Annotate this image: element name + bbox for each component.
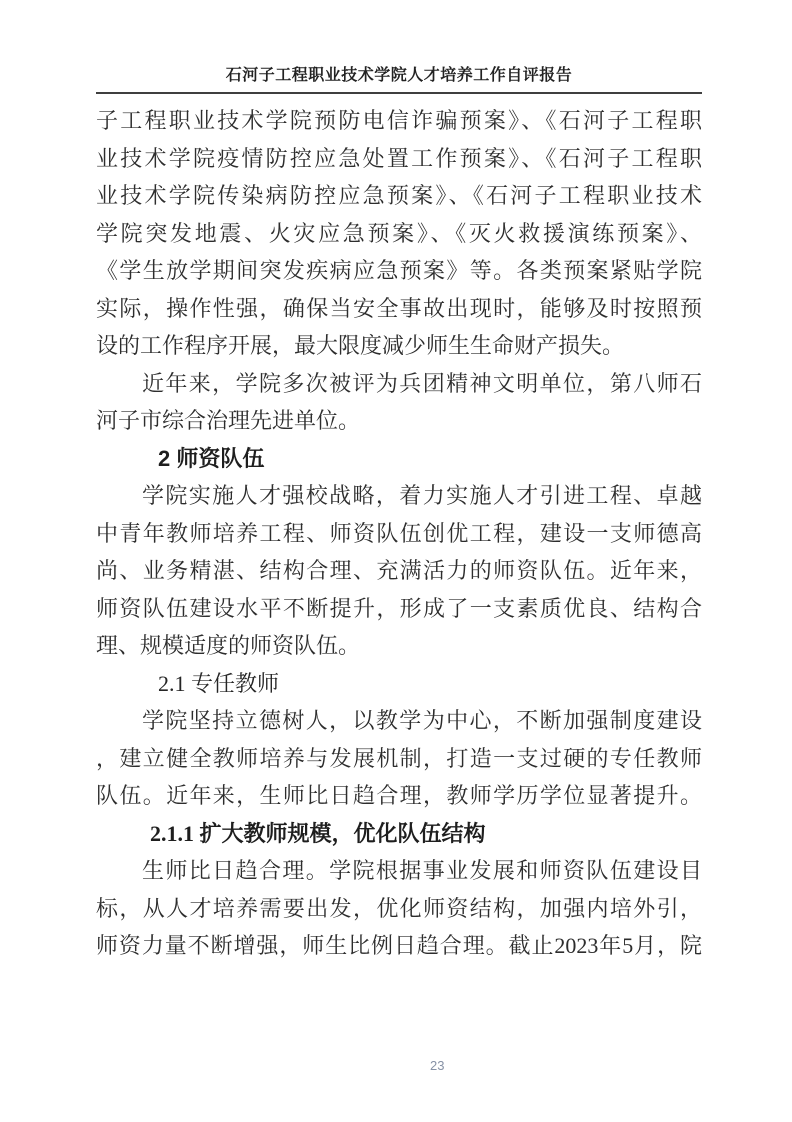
body-line: 子工程职业技术学院预防电信诈骗预案》、《石河子工程职	[96, 102, 702, 140]
page-header-title: 石河子工程职业技术学院人才培养工作自评报告	[96, 62, 702, 85]
document-body: 子工程职业技术学院预防电信诈骗预案》、《石河子工程职业技术学院疫情防控应急处置工…	[96, 102, 702, 965]
body-line: 师资队伍建设水平不断提升，形成了一支素质优良、结构合	[96, 590, 702, 628]
body-line: 队伍。近年来，生师比日趋合理，教师学历学位显著提升。	[96, 777, 702, 815]
body-line: 近年来，学院多次被评为兵团精神文明单位，第八师石	[96, 365, 702, 403]
body-line: 标，从人才培养需要出发，优化师资结构，加强内培外引，	[96, 890, 702, 928]
body-line: 理、规模适度的师资队伍。	[96, 627, 702, 665]
body-line: 学院突发地震、火灾应急预案》、《灭火救援演练预案》、	[96, 215, 702, 253]
body-line: 学院坚持立德树人，以教学为中心，不断加强制度建设	[96, 702, 702, 740]
body-line: 实际，操作性强，确保当安全事故出现时，能够及时按照预	[96, 290, 702, 328]
body-line: 河子市综合治理先进单位。	[96, 402, 702, 440]
page-number: 23	[430, 1058, 444, 1073]
section-heading-2-1-1: 2.1.1 扩大教师规模，优化队伍结构	[96, 815, 702, 853]
body-line: 业技术学院疫情防控应急处置工作预案》、《石河子工程职	[96, 140, 702, 178]
body-line: 学院实施人才强校战略，着力实施人才引进工程、卓越	[96, 477, 702, 515]
body-line: 生师比日趋合理。学院根据事业发展和师资队伍建设目	[96, 852, 702, 890]
body-line: 设的工作程序开展，最大限度减少师生生命财产损失。	[96, 327, 702, 365]
body-line: 《学生放学期间突发疾病应急预案》等。各类预案紧贴学院	[96, 252, 702, 290]
body-line: ，建立健全教师培养与发展机制，打造一支过硬的专任教师	[96, 740, 702, 778]
document-page: 石河子工程职业技术学院人才培养工作自评报告 子工程职业技术学院预防电信诈骗预案》…	[0, 0, 792, 1122]
section-heading-2: 2 师资队伍	[96, 440, 702, 478]
header-rule	[96, 92, 702, 94]
body-line: 中青年教师培养工程、师资队伍创优工程，建设一支师德高	[96, 515, 702, 553]
body-line: 业技术学院传染病防控应急预案》、《石河子工程职业技术	[96, 177, 702, 215]
body-line: 尚、业务精湛、结构合理、充满活力的师资队伍。近年来，	[96, 552, 702, 590]
body-line: 师资力量不断增强，师生比例日趋合理。截止2023年5月，院	[96, 927, 702, 965]
section-heading-2-1: 2.1 专任教师	[96, 665, 702, 703]
